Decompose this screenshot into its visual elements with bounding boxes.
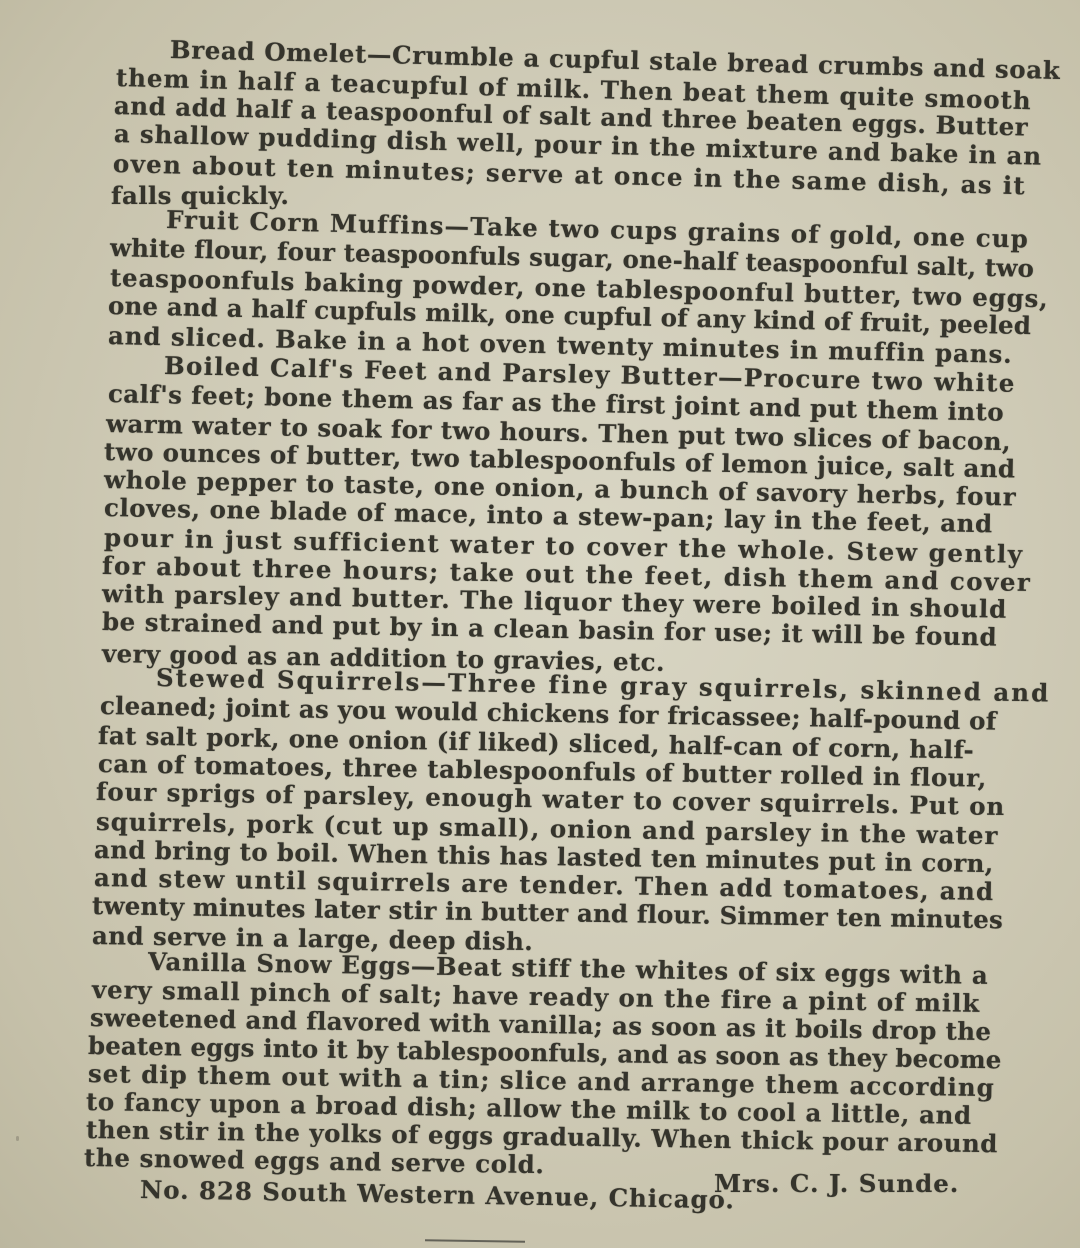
signature-address: No. 828 South Western Avenue, Chicago.	[140, 1176, 735, 1214]
book-page: Bread Omelet—Crumble a cupful stale brea…	[0, 0, 1080, 1248]
recipe-text-block: Bread Omelet—Crumble a cupful stale brea…	[0, 0, 1080, 1248]
paper-blemish	[16, 1136, 19, 1141]
signature-name: Mrs. C. J. Sunde.	[714, 1170, 959, 1198]
recipe-line: the snowed eggs and serve cold.	[84, 1144, 545, 1179]
